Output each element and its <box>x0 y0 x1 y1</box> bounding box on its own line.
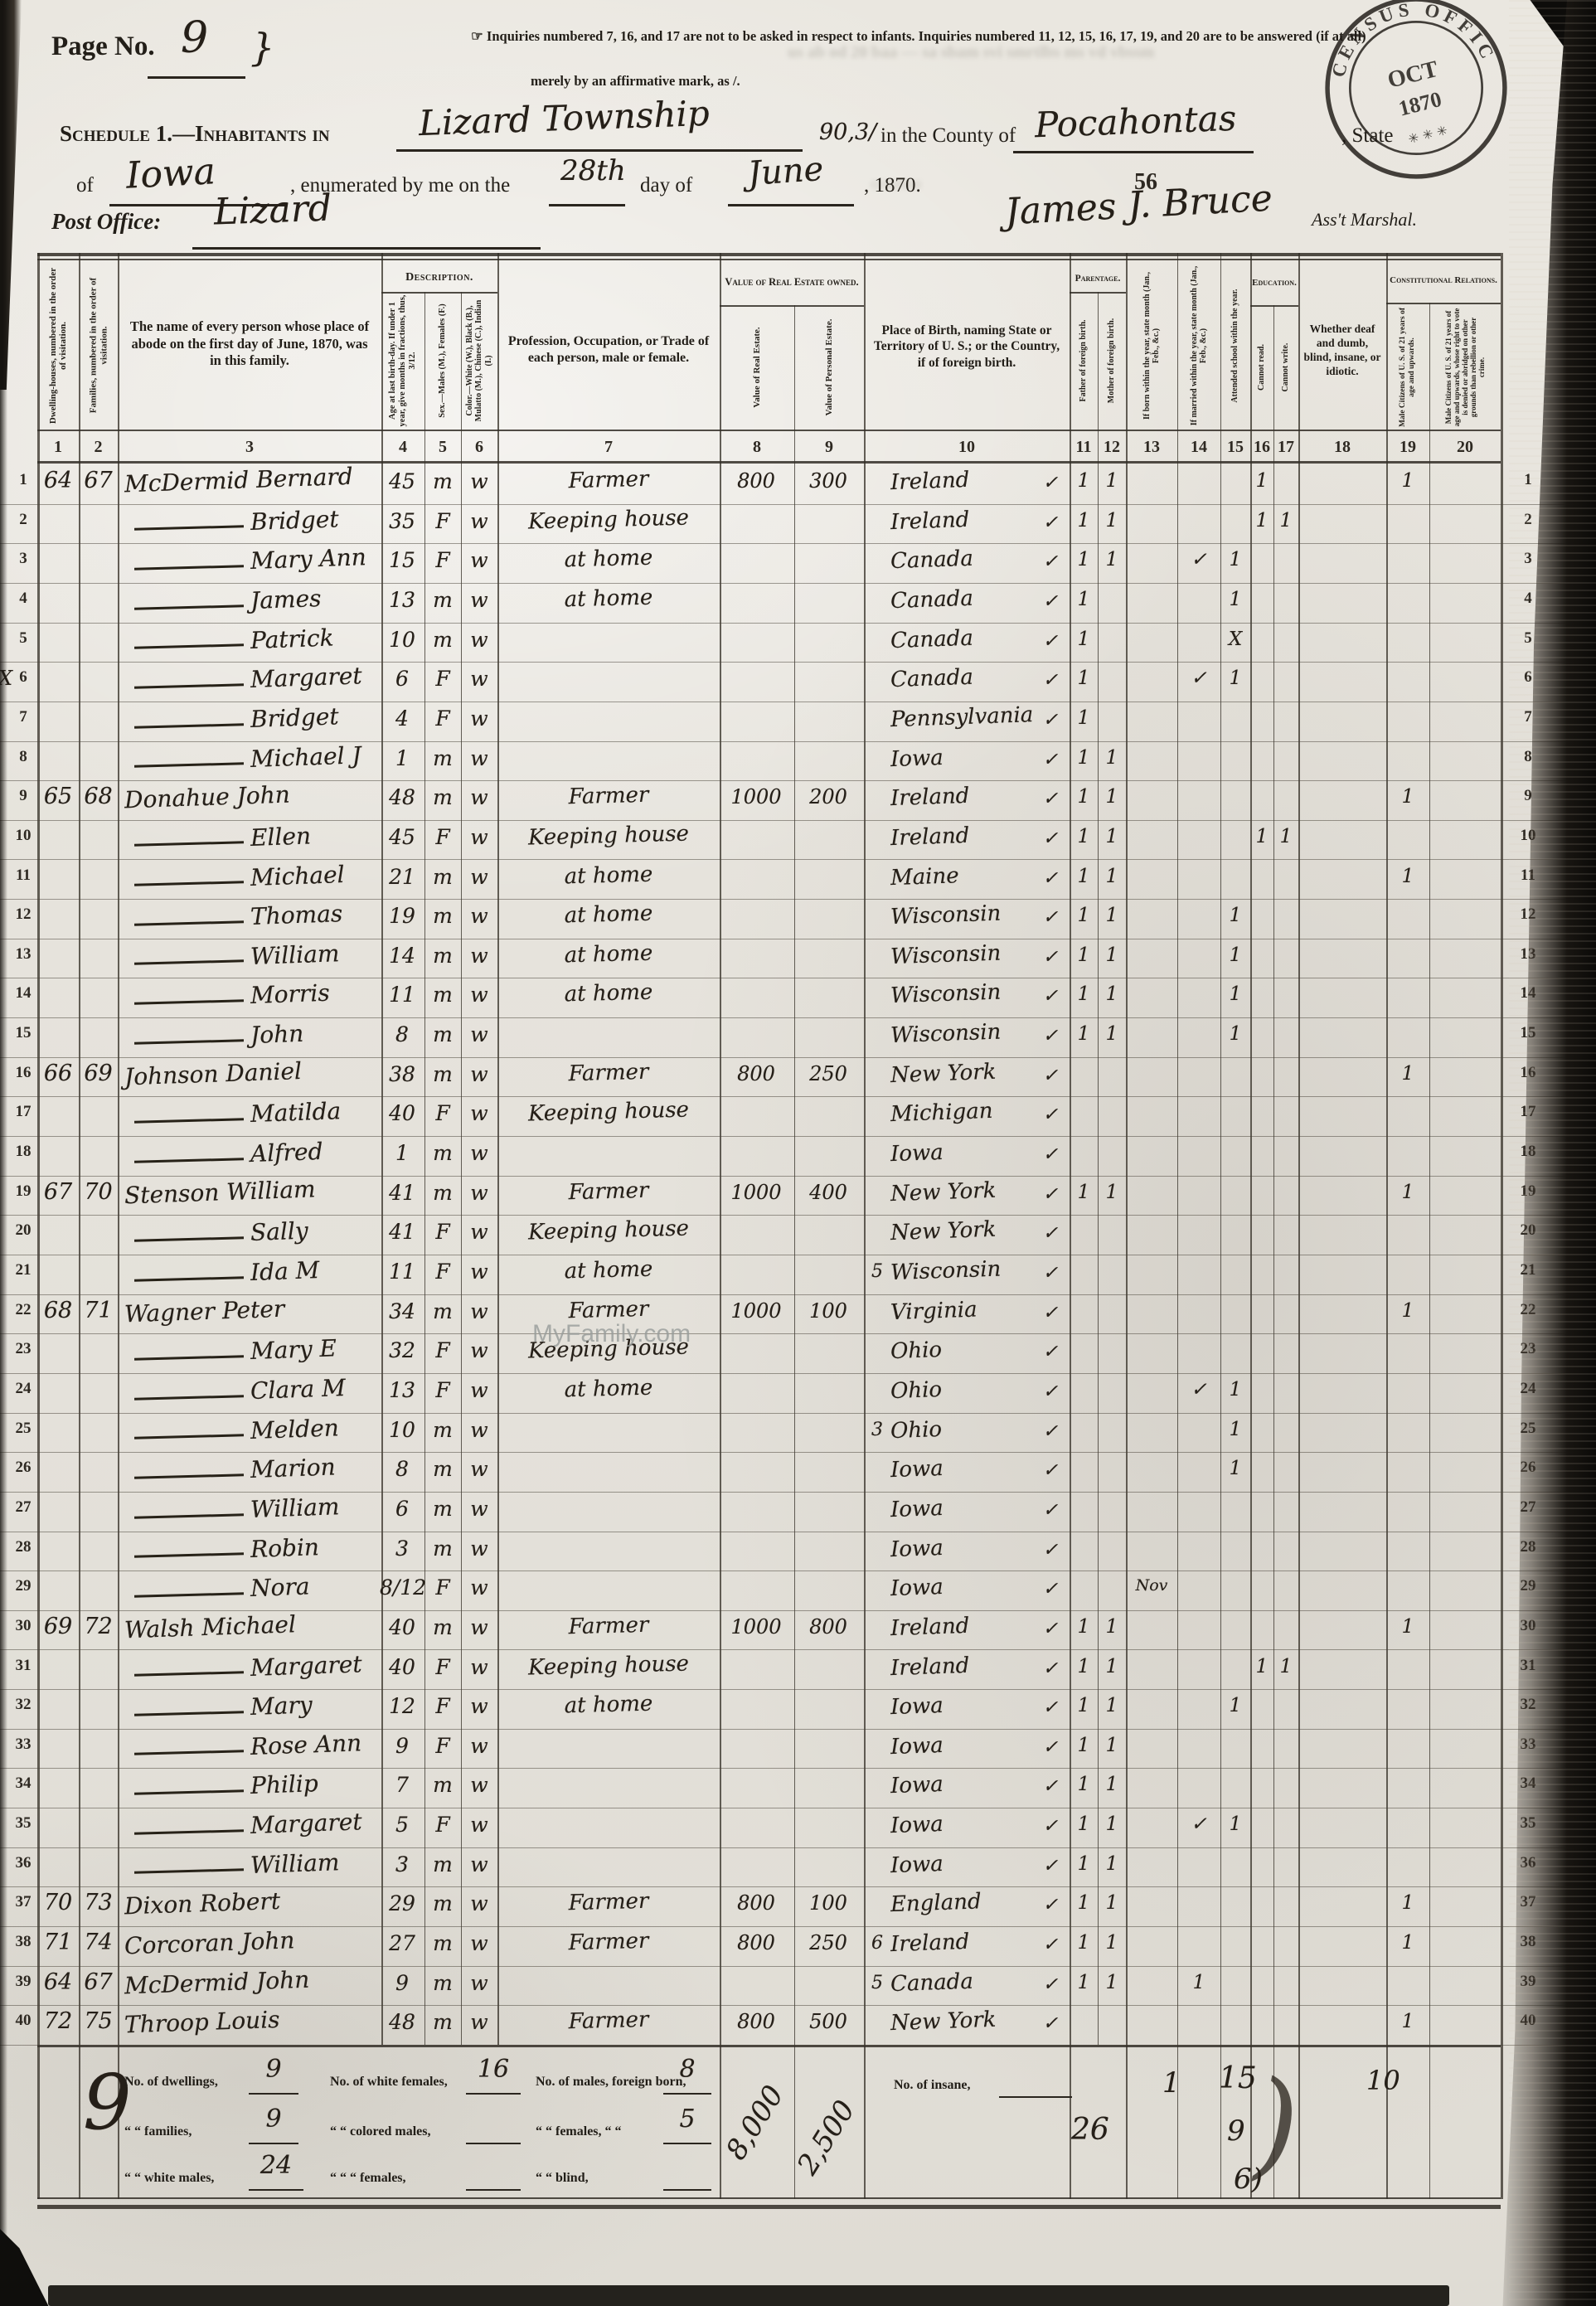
table-row: 19196770Stenson William41mwFarmer1000400… <box>0 1176 1596 1216</box>
cell-dwelling-number: 70 <box>37 1890 79 1915</box>
cell-color: w <box>461 2010 497 2034</box>
cell-dwelling-number: 69 <box>37 1614 79 1639</box>
cell-person-name: Robin <box>250 1531 391 1563</box>
cell-age: 13 <box>380 1378 424 1402</box>
cell-personal-estate-value: 500 <box>793 2010 864 2033</box>
cell-person-name: Walsh Michael <box>124 1607 382 1643</box>
grid-hline-7 <box>37 430 1501 431</box>
cell-mark-c16: 1 <box>1250 826 1273 847</box>
cell-mark-c14: ✓ <box>1177 1379 1220 1401</box>
footer-label-families: “ “ families, <box>124 2124 192 2139</box>
cell-person-name: Clara M <box>250 1372 391 1405</box>
cell-mark-c12: 1 <box>1098 1695 1126 1716</box>
cell-age: 1 <box>380 746 424 770</box>
footer-value-colored-males <box>466 2105 521 2144</box>
cell-color: w <box>461 667 497 691</box>
cell-mark-c16: 1 <box>1250 510 1273 532</box>
cell-person-name: Margaret <box>250 1649 391 1682</box>
cell-sex: m <box>424 469 461 493</box>
cell-mark-c12: 1 <box>1098 866 1126 887</box>
ditto-dash <box>134 1434 244 1439</box>
cell-color: w <box>461 1852 497 1876</box>
row-number-left: 24 <box>10 1380 36 1398</box>
cell-sex: F <box>424 548 461 572</box>
table-row: 22226871Wagner Peter34mwFarmer1000100Vir… <box>0 1294 1596 1335</box>
cell-birthplace-checkmark: ✓ <box>1038 1935 1063 1955</box>
column-number: 2 <box>79 433 118 461</box>
cell-color: w <box>461 628 497 652</box>
cell-birthplace-checkmark: ✓ <box>1038 1619 1063 1639</box>
table-row: 2525Melden10mw3Ohio✓1 <box>0 1413 1596 1454</box>
column-number: 13 <box>1126 433 1177 461</box>
cell-color: w <box>461 1378 497 1402</box>
cell-age: 3 <box>380 1537 424 1561</box>
cell-dwelling-number: 64 <box>37 468 79 493</box>
cell-person-name: Bridget <box>250 503 391 536</box>
ditto-dash <box>134 1592 244 1597</box>
cell-personal-estate-value: 100 <box>793 1891 864 1915</box>
cell-person-name: James <box>250 582 391 614</box>
cell-color: w <box>461 785 497 809</box>
row-number-left: 23 <box>10 1340 36 1358</box>
ditto-dash <box>134 565 244 570</box>
cell-age: 8 <box>380 1457 424 1481</box>
cell-color: w <box>461 983 497 1007</box>
column-number: 12 <box>1098 433 1126 461</box>
cell-dwelling-number: 66 <box>37 1061 79 1086</box>
cell-color: w <box>461 1497 497 1521</box>
cell-occupation: Farmer <box>499 465 719 496</box>
cell-birthplace: New York <box>890 1177 1041 1206</box>
cell-color: w <box>461 509 497 533</box>
grid-hline-6 <box>1386 303 1501 304</box>
table-row: 1111Michael21mwat homeMaine✓111 <box>0 860 1596 901</box>
cell-personal-estate-value: 100 <box>793 1299 864 1323</box>
cell-occupation: at home <box>499 1255 719 1286</box>
table-row: 3131Margaret40FwKeeping houseIreland✓111… <box>0 1650 1596 1691</box>
cell-sex: m <box>424 1931 461 1955</box>
row-number-left: 19 <box>10 1182 36 1201</box>
cell-mark-c12: 1 <box>1098 510 1126 532</box>
column-number: 4 <box>381 433 424 461</box>
cell-color: w <box>461 1101 497 1125</box>
cell-color: w <box>461 1299 497 1323</box>
cell-birthplace: Ireland <box>890 1611 1041 1641</box>
ditto-dash <box>134 842 244 847</box>
cell-mark-c12: 1 <box>1098 1735 1126 1756</box>
cell-person-name: Thomas <box>250 898 391 930</box>
cell-person-name: Corcoran John <box>124 1924 382 1960</box>
cell-birthplace-checkmark: ✓ <box>1038 591 1063 612</box>
footer-value-white-females: 16 <box>466 2055 521 2095</box>
cell-occupation: at home <box>499 860 719 891</box>
cell-color: w <box>461 1655 497 1679</box>
cell-mark-c19: 1 <box>1386 866 1429 887</box>
column-number: 11 <box>1070 433 1098 461</box>
cell-occupation: at home <box>499 1690 719 1721</box>
cell-mark-c12: 1 <box>1098 1774 1126 1795</box>
cell-person-name: Johnson Daniel <box>124 1054 382 1090</box>
ditto-dash <box>134 1276 244 1281</box>
ditto-dash <box>134 960 244 965</box>
table-row: 88Michael J1mwIowa✓11 <box>0 741 1596 782</box>
cell-birthplace: Wisconsin <box>890 1018 1041 1048</box>
ditto-dash <box>134 723 244 728</box>
cell-occupation: at home <box>499 939 719 969</box>
cell-person-name: Sally <box>250 1214 391 1246</box>
ditto-dash <box>134 1039 244 1044</box>
column-number: 16 <box>1250 433 1273 461</box>
cell-real-estate-value: 800 <box>718 1931 794 1954</box>
cell-person-name: Mary Ann <box>250 542 391 575</box>
cell-mark-c11: 1 <box>1070 866 1098 887</box>
cell-real-estate-value: 1000 <box>718 1181 794 1204</box>
cell-person-name: Bridget <box>250 701 391 733</box>
grid-hline-1 <box>37 259 1501 260</box>
cell-color: w <box>461 1141 497 1165</box>
ditto-dash <box>134 1473 244 1478</box>
cell-sex: F <box>424 509 461 533</box>
cell-age: 8 <box>380 1022 424 1046</box>
table-row: 37377073Dixon Robert29mwFarmer800100Engl… <box>0 1886 1596 1927</box>
row-number-left: 38 <box>10 1933 36 1951</box>
table-row: 38387174Corcoran John27mwFarmer8002506Ir… <box>0 1926 1596 1967</box>
column-number: 17 <box>1273 433 1298 461</box>
cell-age: 45 <box>380 469 424 493</box>
cell-family-number: 71 <box>79 1298 118 1323</box>
cell-occupation: Keeping house <box>499 820 719 851</box>
cell-mark-c15: 1 <box>1220 1695 1250 1716</box>
cell-color: w <box>461 865 497 889</box>
cell-birthplace: Iowa <box>890 741 1041 771</box>
cell-birthplace-checkmark: ✓ <box>1038 750 1063 770</box>
cell-age: 40 <box>380 1101 424 1125</box>
cell-mark-c12: 1 <box>1098 826 1126 847</box>
cell-color: w <box>461 746 497 770</box>
cell-mark-c11: 1 <box>1070 707 1098 729</box>
cell-mark-c15: 1 <box>1220 668 1250 689</box>
cell-real-estate-value: 1000 <box>718 1615 794 1638</box>
cell-color: w <box>461 904 497 928</box>
cell-birthplace-checkmark: ✓ <box>1038 947 1063 968</box>
cell-mark-c11: 1 <box>1070 1892 1098 1914</box>
grid-hline-3 <box>720 305 864 307</box>
cell-mark-c11: 1 <box>1070 1182 1098 1203</box>
cell-age: 34 <box>380 1299 424 1323</box>
table-row: 2424Clara M13Fwat homeOhio✓✓1 <box>0 1373 1596 1414</box>
ditto-dash <box>134 1750 244 1755</box>
cell-birthplace-checkmark: ✓ <box>1038 1816 1063 1837</box>
cell-mark-c11: 1 <box>1070 1972 1098 1993</box>
ditto-dash <box>134 999 244 1004</box>
table-row: 22Bridget35FwKeeping houseIreland✓1111 <box>0 504 1596 545</box>
table-row: 1515John8mwWisconsin✓111 <box>0 1017 1596 1058</box>
cell-color: w <box>461 588 497 612</box>
row-number-left: 33 <box>10 1736 36 1754</box>
cell-birthplace: Wisconsin <box>890 1255 1041 1285</box>
cell-birthplace: Wisconsin <box>890 978 1041 1008</box>
row-number-left: 7 <box>10 708 36 726</box>
cell-birthplace-checkmark: ✓ <box>1038 473 1063 493</box>
census-table: 1234567891011121314151617181920116467McD… <box>0 0 1596 2306</box>
cell-family-number: 69 <box>79 1061 118 1086</box>
row-number-left: 39 <box>10 1973 36 1991</box>
cell-occupation: Farmer <box>499 2006 719 2037</box>
table-row: 3535Margaret5FwIowa✓11✓1 <box>0 1808 1596 1848</box>
cell-age: 9 <box>380 1971 424 1995</box>
cell-mark-c12: 1 <box>1098 786 1126 808</box>
row-number-left: 29 <box>10 1577 36 1595</box>
cell-person-name: Michael <box>250 859 391 891</box>
cell-mark-c11: 1 <box>1070 786 1098 808</box>
cell-mark-c11: 1 <box>1070 549 1098 570</box>
ditto-dash <box>134 683 244 688</box>
footer-label-dwellings: No. of dwellings, <box>124 2075 218 2090</box>
cell-mark-c11: 1 <box>1070 1023 1098 1045</box>
ditto-dash <box>134 526 244 531</box>
cell-sex: m <box>424 2010 461 2034</box>
cell-sex: F <box>424 1694 461 1718</box>
cell-mark-c17: 1 <box>1273 510 1298 532</box>
cell-sex: m <box>424 1299 461 1323</box>
cell-age: 15 <box>380 548 424 572</box>
cell-sex: F <box>424 1655 461 1679</box>
cell-occupation: Keeping house <box>499 1650 719 1681</box>
row-number-left: 4 <box>10 590 36 608</box>
table-row: 1717Matilda40FwKeeping houseMichigan✓ <box>0 1096 1596 1137</box>
cell-mark-c16: 1 <box>1250 1656 1273 1677</box>
cell-birthplace: Ohio <box>890 1413 1041 1443</box>
cell-birthplace-checkmark: ✓ <box>1038 1184 1063 1205</box>
cell-birthplace-checkmark: ✓ <box>1038 1263 1063 1284</box>
cell-person-name: Patrick <box>250 622 391 654</box>
cell-mark-c15: X <box>1220 629 1250 650</box>
cell-sex: F <box>424 1101 461 1125</box>
row-number-left: 22 <box>10 1301 36 1319</box>
cell-birthplace: Iowa <box>890 1848 1041 1878</box>
cell-mark-c11: 1 <box>1070 1774 1098 1795</box>
cell-mark-c11: 1 <box>1070 747 1098 769</box>
cell-mark-c15: 1 <box>1220 589 1250 610</box>
table-row: 77Bridget4FwPennsylvania✓1 <box>0 702 1596 742</box>
cell-birthplace: Ireland <box>890 781 1041 811</box>
footer-label-females2: “ “ “ females, <box>330 2171 406 2186</box>
cell-mark-c11: 1 <box>1070 589 1098 610</box>
cell-mark-c17: 1 <box>1273 1656 1298 1677</box>
row-number-left: 9 <box>10 787 36 805</box>
cell-birthplace: Michigan <box>890 1097 1041 1127</box>
cell-mark-c11: 1 <box>1070 905 1098 926</box>
cell-birthplace: Iowa <box>890 1571 1041 1601</box>
cell-occupation: at home <box>499 583 719 614</box>
cell-occupation: at home <box>499 544 719 575</box>
table-row: 44James13mwat homeCanada✓11 <box>0 583 1596 624</box>
cell-color: w <box>461 1220 497 1244</box>
bleedthrough-smudge-2: onumo <box>871 172 921 194</box>
cell-mark-c11: 1 <box>1070 510 1098 532</box>
cell-person-name: Ida M <box>250 1254 391 1286</box>
column-number: 1 <box>37 433 79 461</box>
column-number: 7 <box>497 433 720 461</box>
cell-color: w <box>461 1971 497 1995</box>
cell-birthplace: Iowa <box>890 1808 1041 1838</box>
cell-person-name: Stenson William <box>124 1172 382 1209</box>
footer-value-colored-females: 5 <box>663 2105 711 2144</box>
cell-mark-c12: 1 <box>1098 1972 1126 1993</box>
cell-birthplace: Iowa <box>890 1690 1041 1720</box>
footer-value-families: 9 <box>249 2105 298 2144</box>
row-number-left: 5 <box>10 629 36 648</box>
table-row: 40407275Throop Louis48mwFarmer800500New … <box>0 2005 1596 2046</box>
footer-value-males-foreign: 8 <box>663 2055 711 2095</box>
row-number-left: 1 <box>10 471 36 489</box>
cell-mark-c19: 1 <box>1386 1063 1429 1085</box>
cell-color: w <box>461 1537 497 1561</box>
cell-sex: m <box>424 588 461 612</box>
cell-mark-c19: 1 <box>1386 1182 1429 1203</box>
cell-age: 4 <box>380 706 424 731</box>
cell-color: w <box>461 1260 497 1284</box>
cell-age: 6 <box>380 667 424 691</box>
cell-mark-c11: 1 <box>1070 826 1098 847</box>
ditto-dash <box>134 1158 244 1163</box>
cell-birthplace: New York <box>890 1058 1041 1088</box>
footer-tally-born-month: 1 <box>1162 2066 1181 2100</box>
cell-age: 11 <box>380 983 424 1007</box>
cell-birthplace: Ireland <box>890 1927 1041 1957</box>
cell-birthplace: Iowa <box>890 1453 1041 1483</box>
row-number-left: 20 <box>10 1221 36 1240</box>
table-row: 3636William3mwIowa✓11 <box>0 1847 1596 1888</box>
cell-age: 11 <box>380 1260 424 1284</box>
cell-birthplace-checkmark: ✓ <box>1038 868 1063 889</box>
cell-dwelling-number: 72 <box>37 2008 79 2034</box>
footer-tally-parentage: 26 <box>1071 2113 1109 2147</box>
ditto-dash <box>134 604 244 609</box>
cell-person-name: McDermid John <box>124 1963 382 1999</box>
cell-dwelling-number: 65 <box>37 784 79 809</box>
cell-occupation: Farmer <box>499 781 719 812</box>
row-number-left: 17 <box>10 1103 36 1121</box>
cell-mark-c11: 1 <box>1070 1616 1098 1638</box>
cell-mark-c19: 1 <box>1386 470 1429 492</box>
cell-age: 8/12 <box>380 1575 424 1600</box>
table-row: 3232Mary12Fwat homeIowa✓111 <box>0 1689 1596 1730</box>
cell-birthplace-prefix: 5 <box>867 1261 887 1282</box>
cell-age: 10 <box>380 628 424 652</box>
cell-person-name: Dixon Robert <box>124 1884 382 1920</box>
cell-sex: F <box>424 1734 461 1758</box>
cell-age: 21 <box>380 865 424 889</box>
table-row: 2323Mary E32FwKeeping houseOhio✓ <box>0 1333 1596 1374</box>
cell-birthplace: New York <box>890 2006 1041 2036</box>
cell-sex: F <box>424 1338 461 1362</box>
cell-person-name: Melden <box>250 1412 391 1444</box>
footer-tally-cannot-read: 9 <box>1227 2114 1245 2148</box>
cell-birthplace: England <box>890 1887 1041 1917</box>
cell-mark-c15: 1 <box>1220 905 1250 926</box>
cell-mark-c13: Nov <box>1126 1576 1177 1595</box>
cell-birthplace-checkmark: ✓ <box>1038 1460 1063 1481</box>
row-number-left: 32 <box>10 1696 36 1714</box>
column-number: 9 <box>794 433 864 461</box>
cell-mark-c19: 1 <box>1386 2011 1429 2032</box>
table-row: 39396467McDermid John9mw5Canada✓111 <box>0 1966 1596 2007</box>
cell-family-number: 68 <box>79 784 118 809</box>
cell-family-number: 72 <box>79 1614 118 1639</box>
cell-birthplace: Iowa <box>890 1137 1041 1167</box>
cell-sex: m <box>424 1615 461 1639</box>
cell-occupation: Keeping house <box>499 1216 719 1246</box>
cell-birthplace-checkmark: ✓ <box>1038 1223 1063 1244</box>
table-row: 1313William14mwat homeWisconsin✓111 <box>0 939 1596 979</box>
cell-sex: m <box>424 1022 461 1046</box>
cell-occupation: Keeping house <box>499 1097 719 1128</box>
column-number: 14 <box>1177 433 1220 461</box>
cell-sex: F <box>424 1260 461 1284</box>
cell-person-name: William <box>250 938 391 970</box>
census-page-scan: { "page_header": { "page_no_label": "Pag… <box>0 0 1596 2306</box>
cell-birthplace: Canada <box>890 544 1041 574</box>
cell-birthplace: New York <box>890 1216 1041 1245</box>
cell-age: 45 <box>380 825 424 849</box>
cell-birthplace: Wisconsin <box>890 900 1041 930</box>
ditto-dash <box>134 762 244 767</box>
cell-person-name: Alfred <box>250 1135 391 1168</box>
cell-sex: F <box>424 667 461 691</box>
cell-birthplace: Iowa <box>890 1532 1041 1561</box>
row-number-left: 16 <box>10 1064 36 1082</box>
grid-hline-2 <box>381 292 497 294</box>
ditto-dash <box>134 1395 244 1400</box>
cell-birthplace-checkmark: ✓ <box>1038 1540 1063 1561</box>
cell-mark-c12: 1 <box>1098 1656 1126 1677</box>
cell-birthplace-checkmark: ✓ <box>1038 1104 1063 1125</box>
scan-edge-left-thin <box>0 0 7 2306</box>
cell-birthplace-prefix: 5 <box>867 1973 887 1993</box>
cell-mark-c11: 1 <box>1070 1735 1098 1756</box>
cell-sex: F <box>424 1378 461 1402</box>
cell-mark-c14: 1 <box>1177 1972 1220 1993</box>
cell-family-number: 73 <box>79 1890 118 1915</box>
cell-mark-c12: 1 <box>1098 905 1126 926</box>
cell-color: w <box>461 1734 497 1758</box>
cell-sex: F <box>424 825 461 849</box>
cell-family-number: 70 <box>79 1179 118 1205</box>
cell-dwelling-number: 68 <box>37 1298 79 1323</box>
cell-color: w <box>461 1615 497 1639</box>
cell-birthplace-checkmark: ✓ <box>1038 1500 1063 1521</box>
cell-person-name: Rose Ann <box>250 1728 391 1760</box>
cell-sex: m <box>424 1773 461 1797</box>
row-number-left: 11 <box>10 867 36 885</box>
table-row: 3434Philip7mwIowa✓11 <box>0 1768 1596 1808</box>
cell-birthplace: Ireland <box>890 821 1041 851</box>
cell-birthplace-checkmark: ✓ <box>1038 1066 1063 1086</box>
table-row: 1818Alfred1mwIowa✓ <box>0 1136 1596 1177</box>
cell-mark-c12: 1 <box>1098 1932 1126 1954</box>
footer-label-colored-females: “ “ females, “ “ <box>536 2124 622 2139</box>
watermark: MyFamily.com <box>532 1320 691 1348</box>
cell-color: w <box>461 1773 497 1797</box>
row-number-left: 14 <box>10 984 36 1003</box>
cell-person-name: Marion <box>250 1451 391 1483</box>
ditto-dash <box>134 643 244 648</box>
cell-mark-c12: 1 <box>1098 549 1126 570</box>
cell-sex: m <box>424 1457 461 1481</box>
cell-age: 48 <box>380 785 424 809</box>
cell-dwelling-number: 71 <box>37 1930 79 1955</box>
